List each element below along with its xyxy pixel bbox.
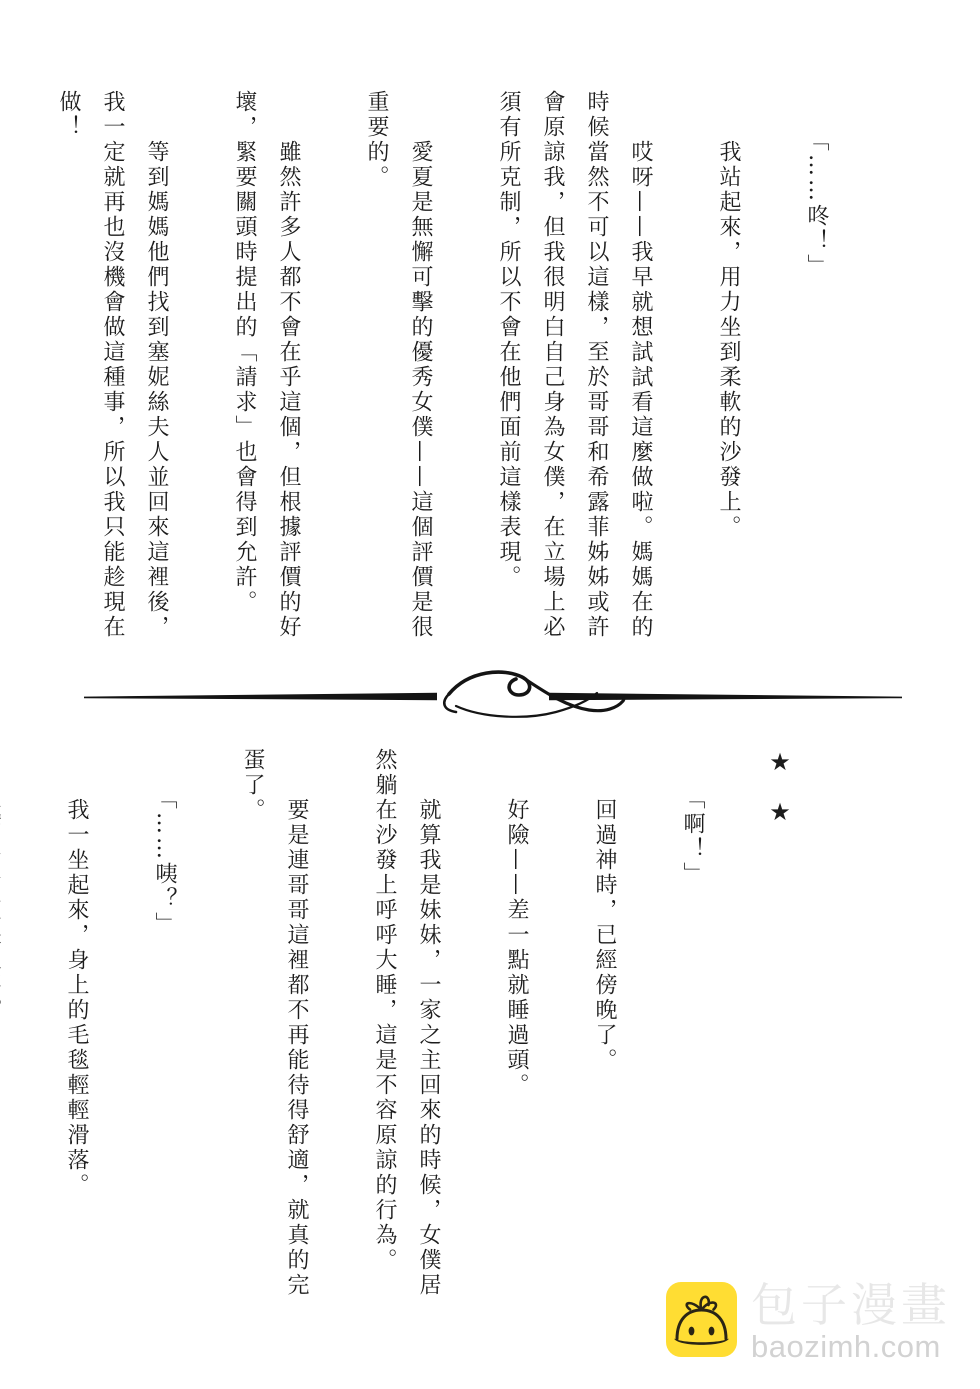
paragraph: 我站起來，用力坐到柔軟的沙發上。 [706, 90, 750, 654]
bottom-text-block: ★★ 「啊！」 回過神時，已經傍晚了。 好險——差一點就睡過頭。 就算我是妹妹，… [0, 748, 846, 1312]
divider-flourish-icon [84, 662, 902, 726]
paragraph: 雖然許多人都不會在乎這個，但根據評價的好 壞，緊要關頭時提出的「請求」也會得到允… [222, 90, 310, 654]
paragraph: 我剛才有蓋毛毯嗎？ [0, 748, 10, 1312]
paragraph: 我一坐起來，身上的毛毯輕輕滑落。 [54, 748, 98, 1312]
paragraph: 回過神時，已經傍晚了。 [582, 748, 626, 1312]
paragraph: 愛夏是無懈可擊的優秀女僕——這個評價是很 重要的。 [354, 90, 442, 654]
watermark-site-url: baozimh.com [751, 1331, 951, 1362]
paragraph: 「……咚！」 [794, 90, 838, 654]
paragraph: 「……咦？」 [142, 748, 186, 1312]
paragraph: 好險——差一點就睡過頭。 [494, 748, 538, 1312]
baozi-bun-icon [666, 1282, 737, 1357]
paragraph: 哎呀——我早就想試試看這麼做啦。媽媽在的 時候當然不可以這樣，至於哥哥和希露菲姊… [486, 90, 662, 654]
paragraph: 要是連哥哥這裡都不再能待得舒適，就真的完 蛋了。 [230, 748, 318, 1312]
scene-break-stars: ★★ [758, 748, 802, 1312]
novel-page: 「……咚！」 我站起來，用力坐到柔軟的沙發上。 哎呀——我早就想試試看這麼做啦。… [0, 0, 980, 1389]
watermark-badge: 包子漫畫 baozimh.com [666, 1282, 951, 1362]
watermark-site-name: 包子漫畫 [751, 1282, 951, 1328]
section-divider [84, 662, 902, 726]
watermark-text: 包子漫畫 baozimh.com [751, 1282, 951, 1362]
paragraph: 就算我是妹妹，一家之主回來的時候，女僕居 然躺在沙發上呼呼大睡，這是不容原諒的行… [362, 748, 450, 1312]
paragraph: 「啊！」 [670, 748, 714, 1312]
paragraph: 「嘿嘿，我好沒規矩喔～」 [0, 90, 2, 654]
top-text-block: 「……咚！」 我站起來，用力坐到柔軟的沙發上。 哎呀——我早就想試試看這麼做啦。… [0, 90, 882, 654]
paragraph: 等到媽媽他們找到塞妮絲夫人並回來這裡後， 我一定就再也沒機會做這種事，所以我只能… [46, 90, 178, 654]
